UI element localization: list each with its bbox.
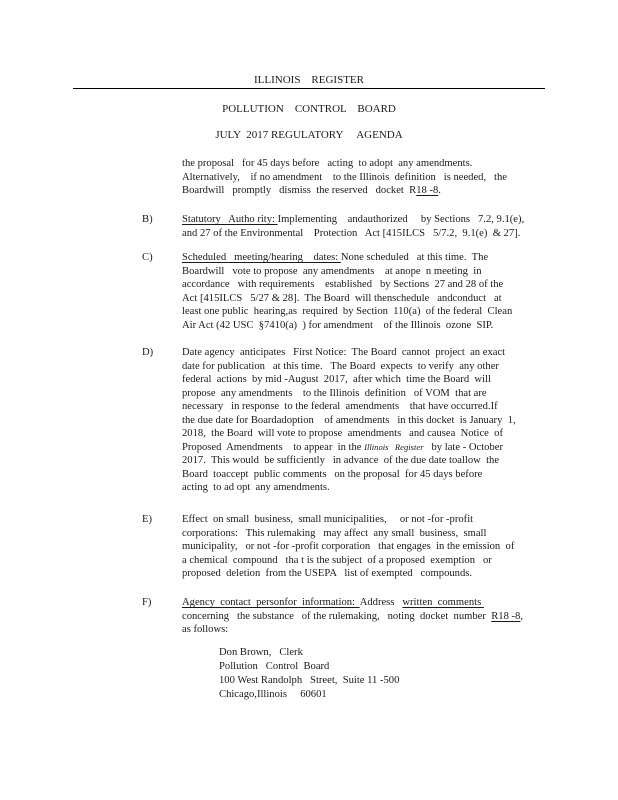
section-body: Statutory Autho rity: Implementing andau… (182, 213, 524, 240)
text-line: necessary in response to the federal ame… (182, 400, 516, 414)
text-line: concerning the substance of the rulemaki… (182, 610, 523, 624)
section-f: F)Agency contact personfor information: … (142, 596, 523, 637)
underlined-text-segment: Statutory Autho rity: (182, 214, 278, 225)
text-segment: Date agency anticipates First Notice: Th… (182, 347, 505, 358)
text-line: 2017. This would be sufficiently in adva… (182, 454, 516, 468)
document-page: ILLINOIS REGISTER POLLUTION CONTROL BOAR… (0, 0, 618, 800)
text-line: propose any amendments to the Illinois d… (182, 387, 516, 401)
text-line: Date agency anticipates First Notice: Th… (182, 346, 516, 360)
text-segment: Effect on small business, small municipa… (182, 514, 473, 525)
text-line: a chemical compound tha t is the subject… (182, 554, 514, 568)
text-segment: Air Act (42 USC §7410(a) ) for amendment… (182, 320, 493, 331)
text-segment: necessary in response to the federal ame… (182, 401, 498, 412)
text-line: Air Act (42 USC §7410(a) ) for amendment… (182, 319, 512, 333)
text-line: Boardwill promptly dismiss the reserved … (182, 184, 507, 198)
text-segment: the due date for Boardadoption of amendm… (182, 415, 516, 426)
section-label: C) (142, 251, 182, 265)
text-line: Proposed Amendments to appear in the Ill… (182, 441, 516, 455)
text-line: and 27 of the Environmental Protection A… (182, 227, 524, 241)
text-line: federal actions by mid -August 2017, aft… (182, 373, 516, 387)
address-block: Don Brown, ClerkPollution Control Board1… (219, 646, 399, 702)
text-line: Boardwill vote to propose any amendments… (182, 265, 512, 279)
text-segment: None scheduled at this time. The (341, 252, 488, 263)
text-segment: Implementing andauthorized by Sections 7… (278, 214, 525, 225)
section-label: B) (142, 213, 182, 227)
text-line: Act [415ILCS 5/27 & 28]. The Board will … (182, 292, 512, 306)
text-line: the due date for Boardadoption of amendm… (182, 414, 516, 428)
text-segment: acting to ad opt any amendments. (182, 482, 330, 493)
text-segment: corporations: This rulemaking may affect… (182, 528, 486, 539)
text-segment: least one public hearing,as required by … (182, 306, 512, 317)
text-line: Alternatively, if no amendment to the Il… (182, 171, 507, 185)
text-segment: municipality, or not -for -profit corpor… (182, 541, 514, 552)
text-line: municipality, or not -for -profit corpor… (182, 540, 514, 554)
text-segment: the proposal for 45 days before acting t… (182, 158, 472, 169)
text-line: corporations: This rulemaking may affect… (182, 527, 514, 541)
text-line: least one public hearing,as required by … (182, 305, 512, 319)
text-segment: Don Brown, Clerk (219, 647, 303, 658)
text-line: the proposal for 45 days before acting t… (182, 157, 507, 171)
section-label: E) (142, 513, 182, 527)
section-d: D)Date agency anticipates First Notice: … (142, 346, 516, 495)
text-segment: a chemical compound tha t is the subject… (182, 555, 492, 566)
section-body: Effect on small business, small municipa… (182, 513, 514, 581)
text-segment: Chicago,Illinois 60601 (219, 689, 327, 700)
text-segment: Boardwill promptly dismiss the reserved … (182, 185, 416, 196)
text-line: as follows: (182, 623, 523, 637)
text-line: Chicago,Illinois 60601 (219, 688, 399, 702)
text-line: Board toaccept public comments on the pr… (182, 468, 516, 482)
text-segment: . (438, 185, 441, 196)
text-segment: Address (360, 597, 403, 608)
underlined-text-segment: 18 -8 (416, 185, 438, 196)
text-line: Effect on small business, small municipa… (182, 513, 514, 527)
text-segment: 2018, the Board will vote to propose ame… (182, 428, 503, 439)
text-segment: proposed deletion from the USEPA list of… (182, 568, 472, 579)
italic-text-segment: Illinois Register (364, 442, 423, 452)
text-line: Agency contact personfor information: Ad… (182, 596, 523, 610)
section-label: D) (142, 346, 182, 360)
text-segment: , (520, 611, 523, 622)
text-segment: Boardwill vote to propose any amendments… (182, 266, 482, 277)
agenda-title: JULY 2017 REGULATORY AGENDA (0, 129, 618, 143)
text-segment: and 27 of the Environmental Protection A… (182, 228, 520, 239)
section-body: Agency contact personfor information: Ad… (182, 596, 523, 637)
text-segment: accordance with requirements established… (182, 279, 503, 290)
text-line: acting to ad opt any amendments. (182, 481, 516, 495)
text-segment: federal actions by mid -August 2017, aft… (182, 374, 491, 385)
text-line: Pollution Control Board (219, 660, 399, 674)
section-b: B)Statutory Autho rity: Implementing and… (142, 213, 524, 240)
underlined-text-segment: Agency contact personfor information: (182, 597, 360, 608)
text-segment: Board toaccept public comments on the pr… (182, 469, 482, 480)
text-segment: propose any amendments to the Illinois d… (182, 388, 487, 399)
text-segment: Pollution Control Board (219, 661, 329, 672)
section-body: Scheduled meeting/hearing dates: None sc… (182, 251, 512, 332)
underlined-text-segment: written comments (402, 597, 484, 608)
text-line: Statutory Autho rity: Implementing andau… (182, 213, 524, 227)
section-body: Date agency anticipates First Notice: Th… (182, 346, 516, 495)
text-segment: 2017. This would be sufficiently in adva… (182, 455, 499, 466)
intro-paragraph: the proposal for 45 days before acting t… (182, 157, 507, 198)
section-label: F) (142, 596, 182, 610)
text-line: Don Brown, Clerk (219, 646, 399, 660)
header-divider (73, 88, 545, 89)
underlined-text-segment: Scheduled meeting/hearing dates: (182, 252, 341, 263)
text-segment: by late - October (424, 442, 503, 453)
text-line: 2018, the Board will vote to propose ame… (182, 427, 516, 441)
section-c: C)Scheduled meeting/hearing dates: None … (142, 251, 512, 332)
text-segment: concerning the substance of the rulemaki… (182, 611, 491, 622)
board-title: POLLUTION CONTROL BOARD (0, 103, 618, 117)
text-segment: Proposed Amendments to appear in the (182, 442, 364, 453)
text-segment: 100 West Randolph Street, Suite 11 -500 (219, 675, 399, 686)
text-line: proposed deletion from the USEPA list of… (182, 567, 514, 581)
underlined-text-segment: R18 -8 (491, 611, 520, 622)
text-segment: Act [415ILCS 5/27 & 28]. The Board will … (182, 293, 502, 304)
text-segment: Alternatively, if no amendment to the Il… (182, 172, 507, 183)
text-segment: as follows: (182, 624, 228, 635)
text-line: 100 West Randolph Street, Suite 11 -500 (219, 674, 399, 688)
section-e: E)Effect on small business, small munici… (142, 513, 514, 581)
text-line: Scheduled meeting/hearing dates: None sc… (182, 251, 512, 265)
text-line: date for publication at this time. The B… (182, 360, 516, 374)
text-segment: date for publication at this time. The B… (182, 361, 499, 372)
text-line: accordance with requirements established… (182, 278, 512, 292)
register-title: ILLINOIS REGISTER (0, 74, 618, 88)
